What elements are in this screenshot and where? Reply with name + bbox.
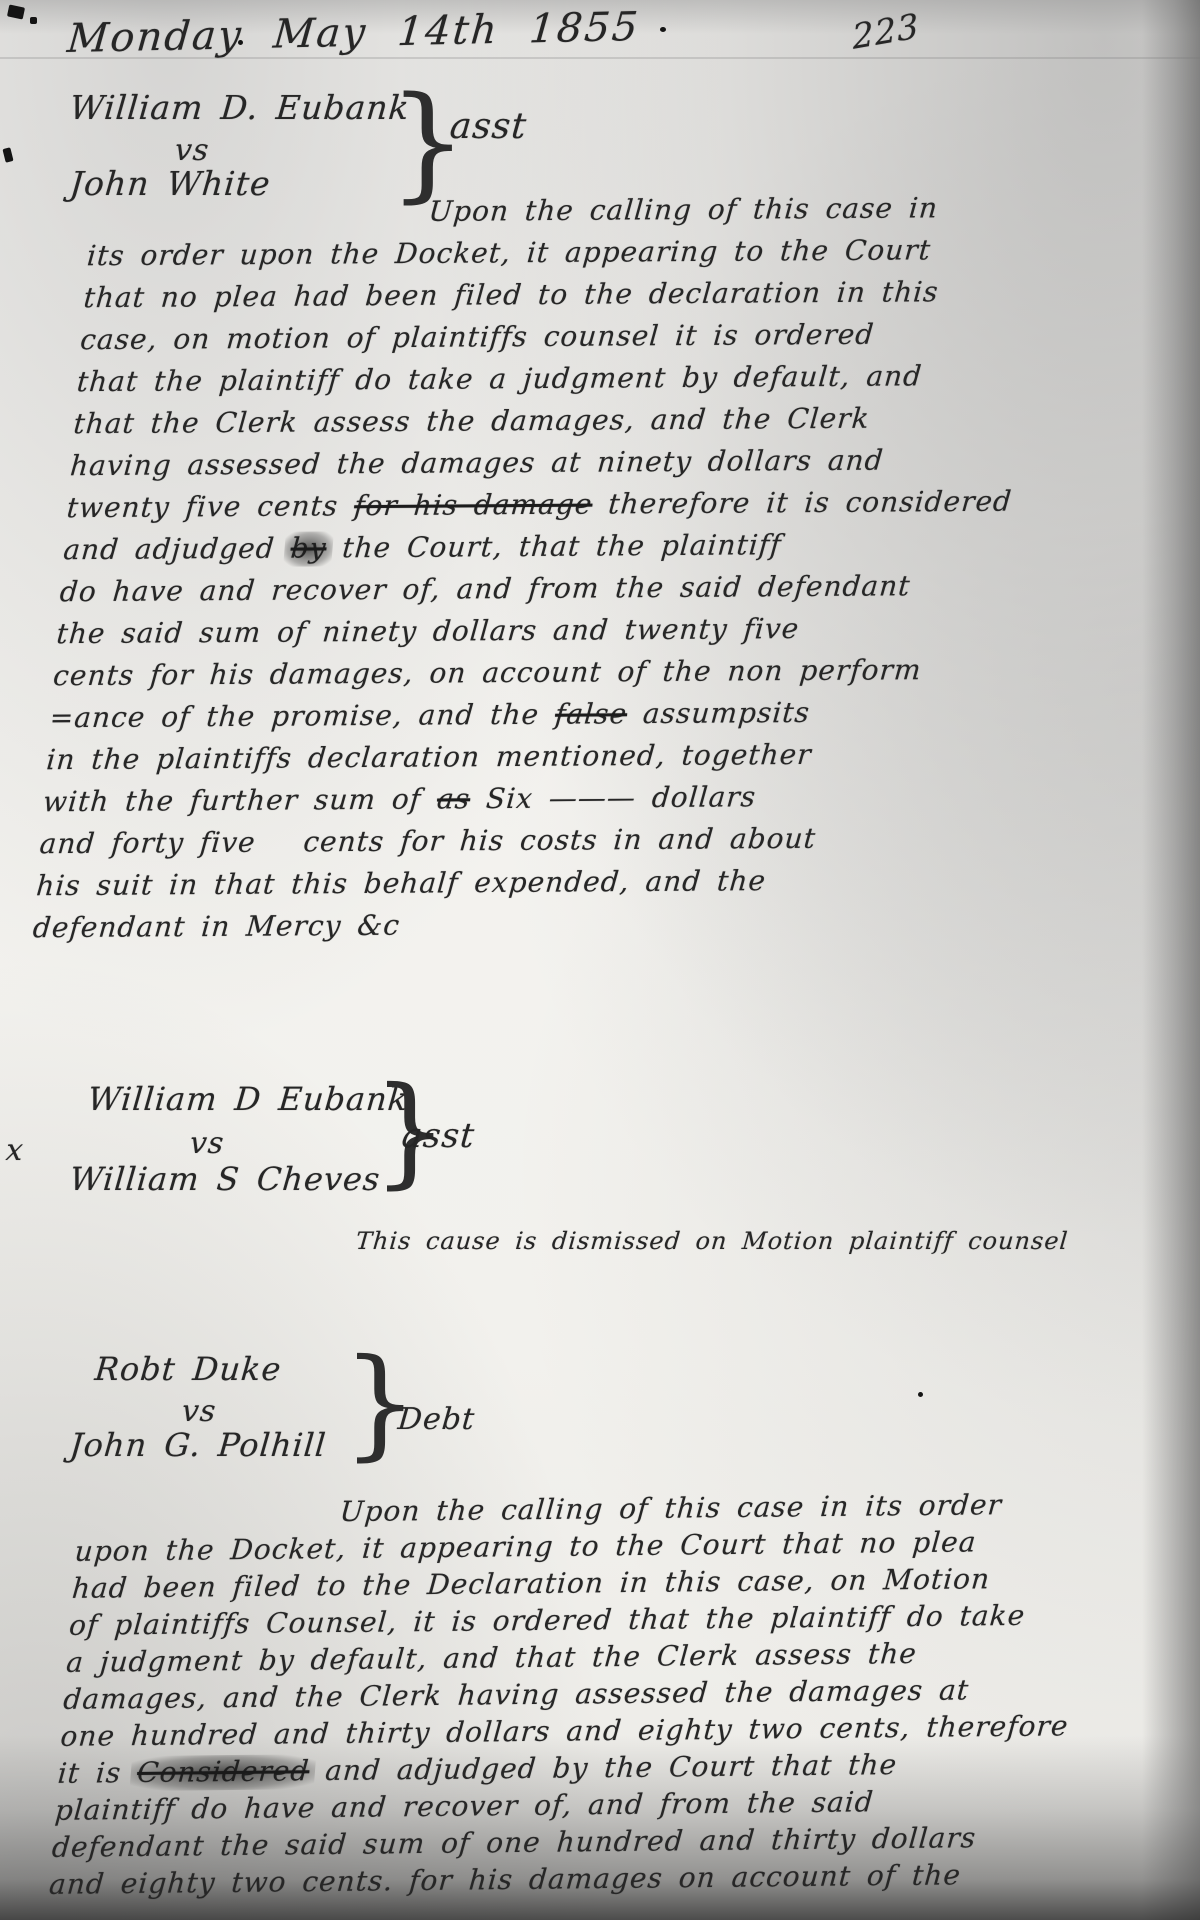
- text-segment: and eighty two cents. for his damages on…: [48, 1858, 962, 1901]
- text-segment: Six ——— dollars: [469, 780, 758, 815]
- case2-action-type: asst: [400, 1116, 476, 1156]
- text-segment: the said sum of ninety dollars and twent…: [55, 612, 800, 650]
- struck-text: by: [289, 531, 327, 564]
- text-segment: that the plaintiff do take a judgment by…: [76, 359, 924, 398]
- text-segment: and adjudged: [62, 532, 292, 567]
- text-segment: =ance of the promise, and the: [49, 698, 557, 735]
- case2-dismissal-entry: This cause is dismissed on Motion plaint…: [355, 1224, 1070, 1258]
- handwritten-line: do have and recover of, and from the sai…: [58, 565, 992, 613]
- handwritten-line: cents for his damages, on account of the…: [52, 649, 986, 697]
- case3-judgment-entry: Upon the calling of this case in its ord…: [48, 1484, 1200, 1903]
- struck-text: as: [436, 782, 472, 815]
- case1-judgment-entry: Upon the calling of this case inits orde…: [31, 187, 1022, 949]
- document-page: Monday May 14th 1855 223 William D. Euba…: [0, 0, 1200, 1920]
- text-segment: and forty five cents for his costs in an…: [38, 822, 817, 860]
- handwritten-line: his suit in that this behalf expended, a…: [35, 859, 969, 907]
- handwritten-line: twenty five cents for his damage therefo…: [65, 481, 999, 529]
- handwritten-line: Upon the calling of this case in: [89, 187, 1023, 235]
- text-segment: Upon the calling of this case in: [427, 191, 939, 228]
- handwritten-line: that no plea had been filed to the decla…: [82, 271, 1016, 319]
- handwritten-line: in the plaintiffs declaration mentioned,…: [45, 733, 979, 781]
- text-segment: having assessed the damages at ninety do…: [69, 444, 885, 483]
- handwritten-line: the said sum of ninety dollars and twent…: [55, 607, 989, 655]
- case3-defendant-name: John G. Polhill: [68, 1426, 328, 1464]
- case3-versus-label: vs: [180, 1394, 217, 1429]
- handwritten-line: and adjudged by the Court, that the plai…: [62, 523, 996, 571]
- text-segment: do have and recover of, and from the sai…: [59, 569, 912, 608]
- case1-action-type: asst: [448, 106, 528, 147]
- text-segment: therefore it is considered: [591, 485, 1013, 521]
- case2-margin-mark: x: [4, 1133, 25, 1168]
- text-segment: case, on motion of plaintiffs counsel it…: [79, 318, 876, 357]
- text-segment: defendant in Mercy &c: [32, 909, 402, 945]
- struck-text: for his damage: [353, 488, 594, 523]
- text-segment: its order upon the Docket, it appearing …: [86, 233, 933, 272]
- handwritten-line: that the plaintiff do take a judgment by…: [75, 355, 1009, 403]
- text-segment: with the further sum of: [42, 782, 439, 818]
- handwritten-line: and forty five cents for his costs in an…: [38, 817, 972, 865]
- text-segment: twenty five cents: [66, 489, 356, 524]
- handwritten-line: defendant in Mercy &c: [31, 901, 965, 949]
- case2-versus-label: vs: [188, 1126, 225, 1161]
- text-segment: in the plaintiffs declaration mentioned,…: [45, 738, 813, 776]
- case2-defendant-name: William S Cheves: [68, 1160, 382, 1198]
- text-segment: that the Clerk assess the damages, and t…: [72, 402, 871, 441]
- handwritten-line: its order upon the Docket, it appearing …: [85, 229, 1019, 277]
- text-segment: and adjudged by the Court that the: [308, 1748, 898, 1787]
- handwritten-line: =ance of the promise, and the false assu…: [48, 691, 982, 739]
- ink-speck: [918, 1392, 923, 1397]
- text-segment: his suit in that this behalf expended, a…: [35, 864, 767, 902]
- case1-plaintiff-name: William D. Eubank: [68, 88, 411, 127]
- text-segment: the Court, that the plaintiff: [325, 528, 783, 564]
- text-segment: This cause is dismissed on Motion plaint…: [355, 1227, 1070, 1255]
- ink-speck: [660, 27, 666, 32]
- ink-speck: [2, 147, 13, 163]
- ink-speck: [30, 17, 37, 24]
- case3-action-type: Debt: [396, 1402, 476, 1437]
- struck-text: false: [554, 697, 629, 731]
- text-segment: that no plea had been filed to the decla…: [82, 275, 940, 314]
- case1-versus-label: vs: [173, 133, 210, 168]
- handwritten-line: This cause is dismissed on Motion plaint…: [355, 1224, 1070, 1258]
- handwritten-line: having assessed the damages at ninety do…: [68, 439, 1002, 487]
- text-segment: assumpsits: [626, 696, 812, 730]
- handwritten-line: that the Clerk assess the damages, and t…: [72, 397, 1006, 445]
- case3-plaintiff-name: Robt Duke: [93, 1350, 283, 1388]
- handwritten-line: with the further sum of as Six ——— dolla…: [41, 775, 975, 823]
- struck-text: Considered: [136, 1754, 311, 1789]
- text-segment: Upon the calling of this case in its ord…: [339, 1488, 1004, 1528]
- text-segment: cents for his damages, on account of the…: [52, 653, 923, 692]
- case2-plaintiff-name: William D Eubank: [86, 1080, 410, 1118]
- text-segment: it is: [57, 1756, 139, 1790]
- handwritten-line: case, on motion of plaintiffs counsel it…: [79, 313, 1013, 361]
